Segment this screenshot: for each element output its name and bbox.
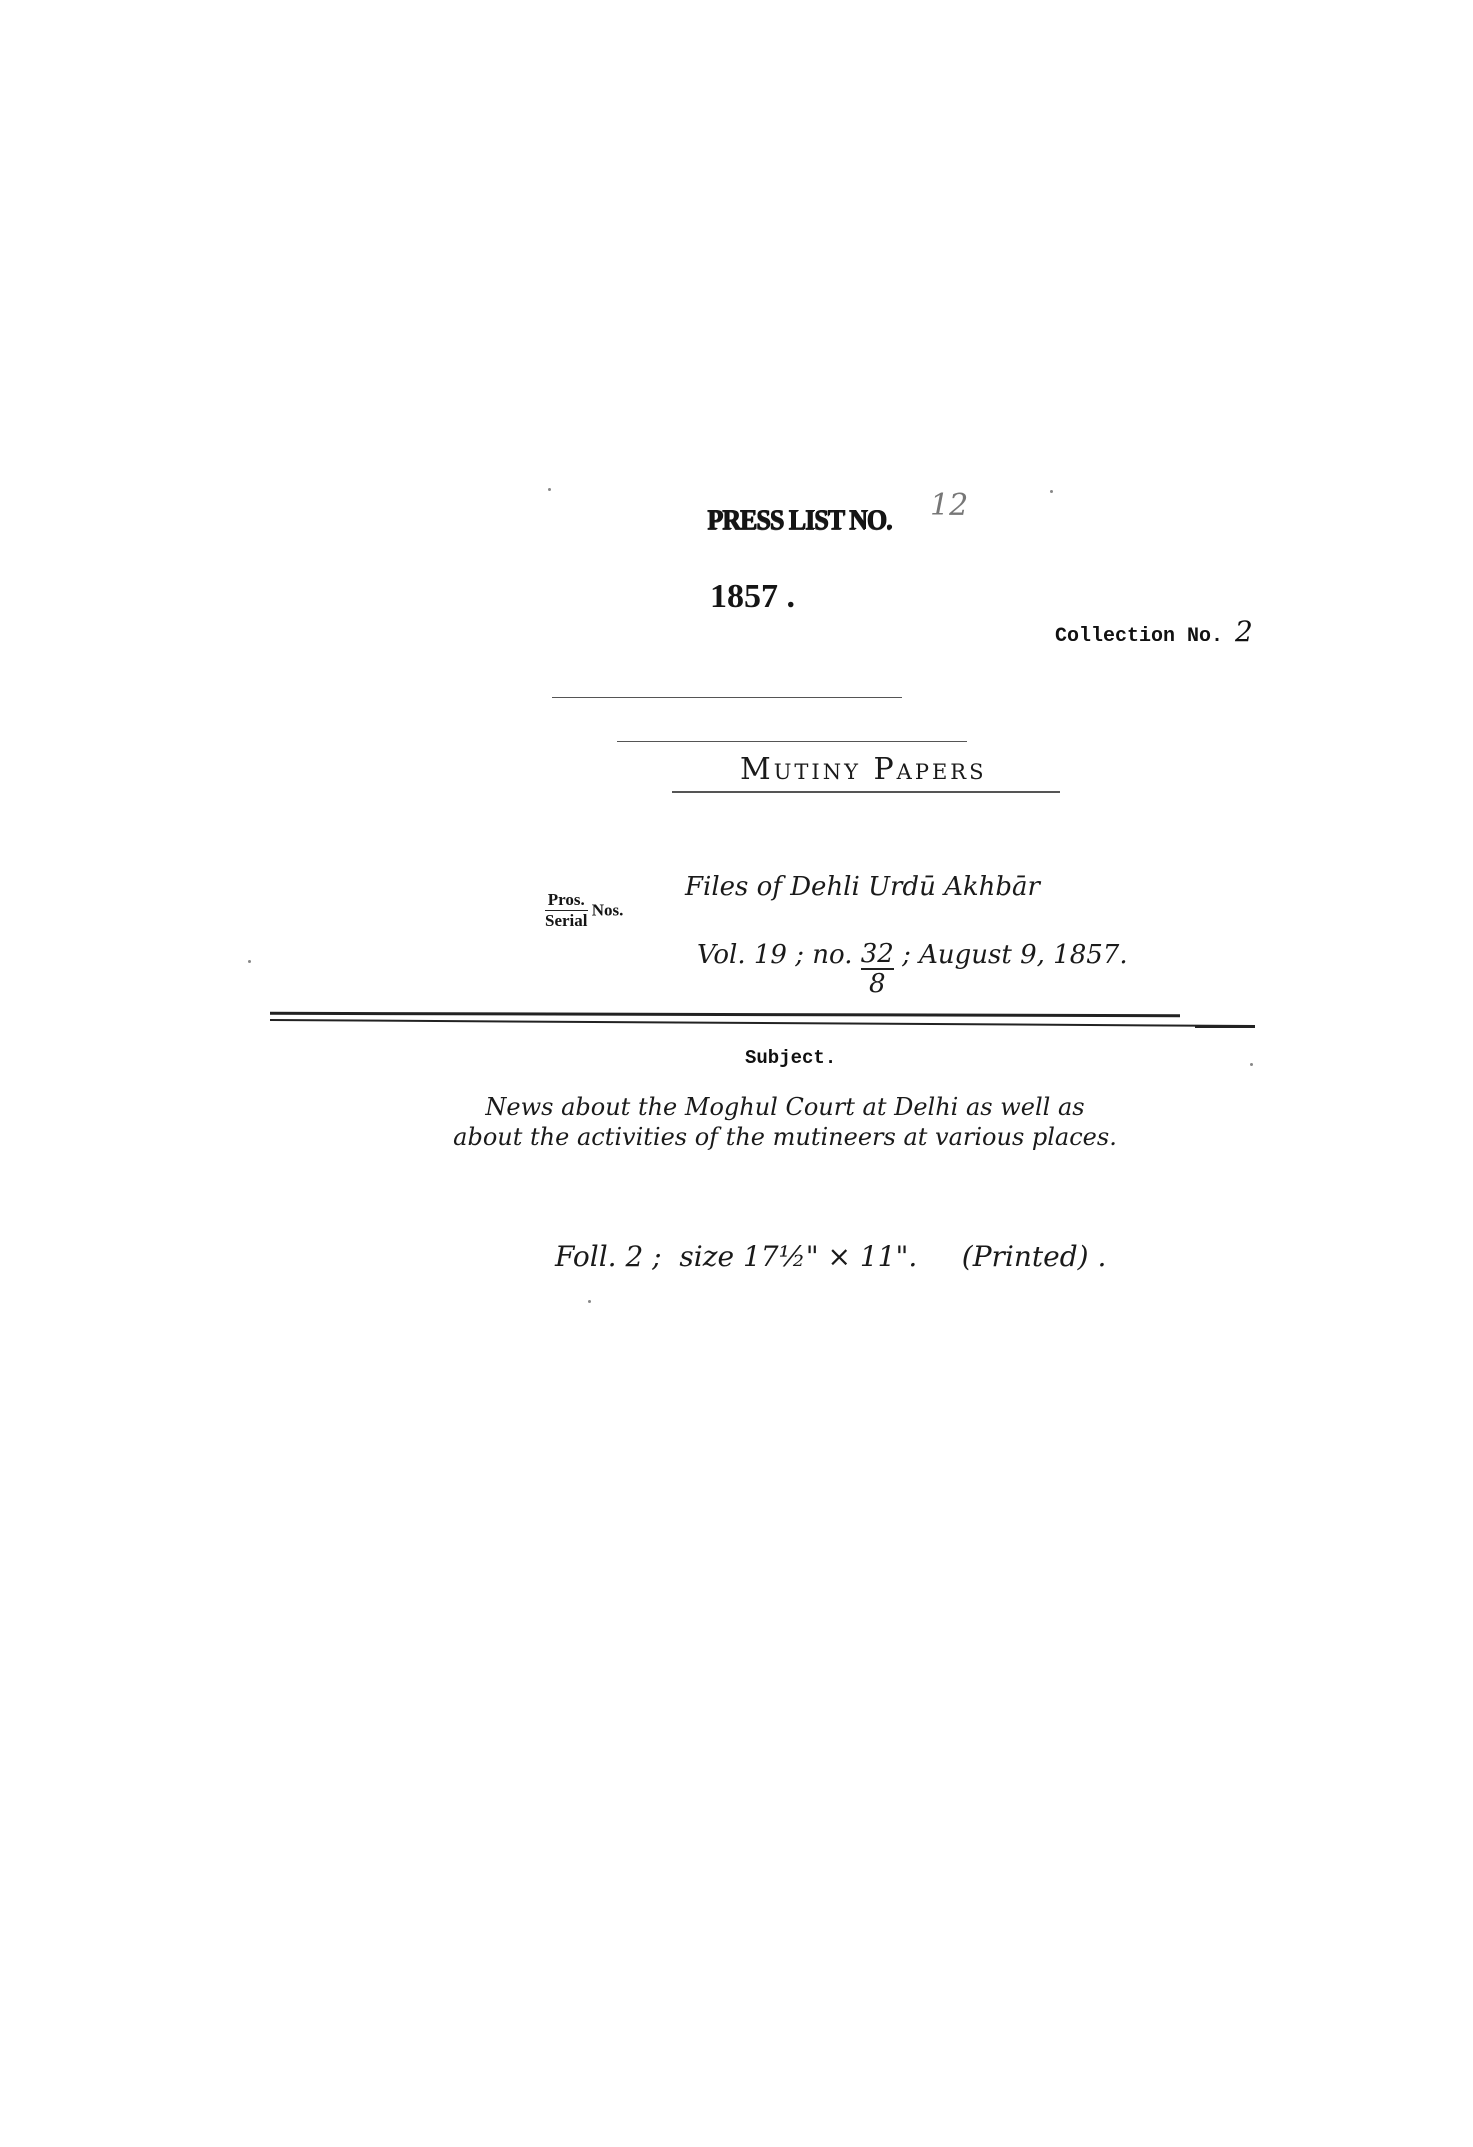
volume-line: Vol. 19 ; no. 32 8 ; August 9, 1857. [697, 940, 1128, 998]
subject-label: Subject. [745, 1047, 836, 1069]
subject-line-1: News about the Moghul Court at Delhi as … [445, 1092, 1125, 1122]
pros-serial-label: Pros. Serial Nos. [545, 890, 623, 931]
scan-speck [1050, 490, 1053, 493]
issue-denominator: 8 [861, 968, 894, 998]
serial-label: Serial [545, 911, 588, 931]
collection-value: 2 [1235, 615, 1253, 648]
title-underline [672, 791, 1060, 793]
scan-speck [588, 1300, 591, 1303]
divider-line [552, 697, 902, 698]
issue-numerator: 32 [861, 940, 894, 968]
main-separator-top [270, 1012, 1180, 1017]
files-line: Files of Dehli Urdū Akhbār [685, 872, 1040, 902]
year-heading: 1857 . [710, 578, 795, 616]
collection-title: Mutiny Papers [740, 752, 987, 787]
volume-prefix: Vol. 19 ; no. [697, 940, 852, 970]
pros-label: Pros. [545, 890, 588, 911]
divider-line [617, 741, 967, 742]
pencil-folio-mark: 12 [930, 488, 968, 523]
scan-speck [1250, 1063, 1253, 1066]
subject-description: News about the Moghul Court at Delhi as … [445, 1092, 1125, 1152]
scan-speck [548, 488, 551, 491]
main-separator-bottom [270, 1019, 1255, 1027]
scan-speck [248, 960, 251, 963]
collection-number: Collection No. 2 [1055, 615, 1253, 648]
press-list-stamp: PRESS LIST NO. [707, 504, 891, 537]
subject-line-2: about the activities of the mutineers at… [445, 1122, 1125, 1152]
issue-number: 32 8 [861, 940, 894, 998]
collection-label: Collection No. [1055, 625, 1223, 648]
nos-label: Nos. [592, 901, 624, 920]
issue-date: ; August 9, 1857. [902, 940, 1128, 970]
folio-size-note: Foll. 2 ; size 17½" × 11". (Printed) . [555, 1240, 1106, 1273]
